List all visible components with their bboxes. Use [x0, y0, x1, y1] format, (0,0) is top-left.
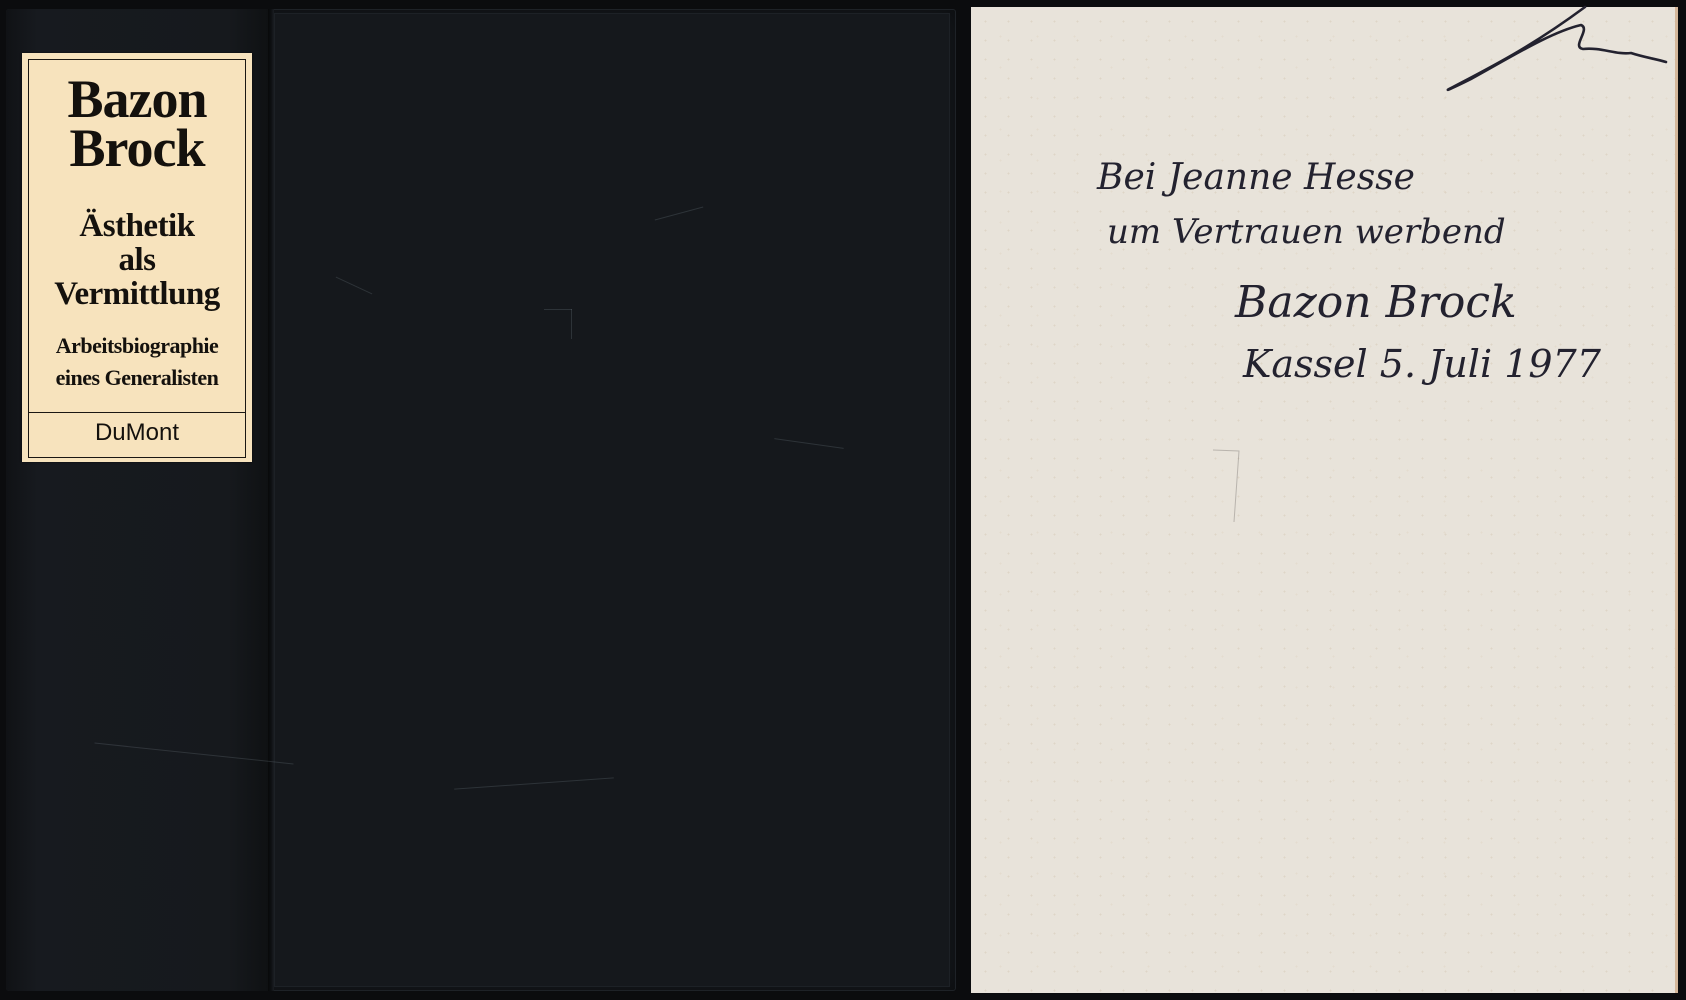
inscription-line-1: Bei Jeanne Hesse	[1097, 157, 1415, 198]
label-divider	[29, 412, 245, 413]
subtitle-line-2: eines Generalisten	[29, 362, 245, 394]
title-line-1: Ästhetik	[29, 209, 245, 244]
cover-scuff	[571, 309, 572, 339]
place-and-date: Kassel 5. Juli 1977	[1243, 342, 1601, 386]
book-cover: Bazon Brock Ästhetik als Vermittlung Arb…	[6, 9, 956, 991]
subtitle-line-1: Arbeitsbiographie	[29, 330, 245, 362]
title-line-3: Vermittlung	[29, 277, 245, 312]
author-first-name: Bazon	[29, 74, 245, 124]
title-line-2: als	[29, 243, 245, 278]
front-cover	[274, 13, 950, 987]
cover-scuff	[774, 438, 843, 449]
spine-label-border: Bazon Brock Ästhetik als Vermittlung Arb…	[28, 59, 246, 458]
corner-signature-stroke	[1448, 7, 1666, 90]
book-spine: Bazon Brock Ästhetik als Vermittlung Arb…	[6, 9, 268, 991]
inscription-line-2: um Vertrauen werbend	[1107, 212, 1506, 252]
inscribed-page: Bei Jeanne Hesse um Vertrauen werbend Ba…	[971, 7, 1678, 993]
author-last-name: Brock	[29, 123, 245, 173]
cover-scuff	[336, 277, 373, 295]
publisher-name: DuMont	[29, 418, 245, 448]
cover-scuff	[655, 207, 704, 221]
handwriting-strokes	[971, 7, 1678, 993]
cover-scuff	[544, 309, 572, 310]
cover-scuff	[454, 777, 614, 789]
author-signature: Bazon Brock	[1235, 277, 1517, 328]
pencil-mark	[1213, 450, 1239, 522]
spine-label: Bazon Brock Ästhetik als Vermittlung Arb…	[22, 53, 252, 462]
